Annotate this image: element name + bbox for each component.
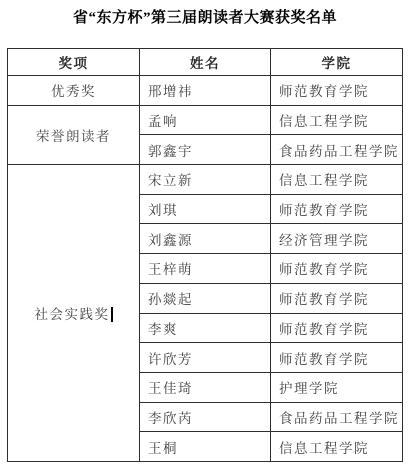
name-cell[interactable]: 邢增祎: [140, 76, 271, 106]
name-cell[interactable]: 刘琪: [140, 194, 271, 224]
award-cell-social-practice[interactable]: 社会实践奖: [8, 165, 140, 462]
award-cell-excellence[interactable]: 优秀奖: [8, 76, 140, 106]
col-header-award[interactable]: 奖项: [8, 49, 140, 76]
college-cell[interactable]: 师范教育学院: [271, 313, 403, 343]
award-label: 社会实践奖: [35, 307, 110, 322]
table-row: 优秀奖 邢增祎 师范教育学院: [8, 76, 403, 106]
college-cell[interactable]: 信息工程学院: [271, 165, 403, 195]
name-cell[interactable]: 王梓萌: [140, 254, 271, 284]
col-header-name[interactable]: 姓名: [140, 49, 271, 76]
name-cell[interactable]: 李爽: [140, 313, 271, 343]
awards-table: 奖项 姓名 学院 优秀奖 邢增祎 师范教育学院 荣誉朗读者 孟响 信息工程学院 …: [7, 48, 403, 462]
name-cell[interactable]: 宋立新: [140, 165, 271, 195]
name-cell[interactable]: 许欣芳: [140, 343, 271, 373]
name-cell[interactable]: 王佳琦: [140, 372, 271, 402]
name-cell[interactable]: 李欣芮: [140, 402, 271, 432]
name-cell[interactable]: 孙燚起: [140, 283, 271, 313]
college-cell[interactable]: 师范教育学院: [271, 254, 403, 284]
college-cell[interactable]: 信息工程学院: [271, 105, 403, 135]
college-cell[interactable]: 师范教育学院: [271, 76, 403, 106]
name-cell[interactable]: 王桐: [140, 432, 271, 462]
college-cell[interactable]: 经济管理学院: [271, 224, 403, 254]
header-row: 奖项 姓名 学院: [8, 49, 403, 76]
document-page: 省“东方杯”第三届朗读者大赛获奖名单 奖项 姓名 学院 优秀奖 邢增祎 师范教育…: [0, 0, 410, 468]
table-row: 社会实践奖 宋立新 信息工程学院: [8, 165, 403, 195]
college-cell[interactable]: 护理学院: [271, 372, 403, 402]
college-cell[interactable]: 信息工程学院: [271, 432, 403, 462]
col-header-college[interactable]: 学院: [271, 49, 403, 76]
college-cell[interactable]: 师范教育学院: [271, 194, 403, 224]
award-cell-honorary-reader[interactable]: 荣誉朗读者: [8, 105, 140, 164]
college-cell[interactable]: 师范教育学院: [271, 283, 403, 313]
college-cell[interactable]: 食品药品工程学院: [271, 135, 403, 165]
table-row: 荣誉朗读者 孟响 信息工程学院: [8, 105, 403, 135]
college-cell[interactable]: 食品药品工程学院: [271, 402, 403, 432]
name-cell[interactable]: 刘鑫源: [140, 224, 271, 254]
text-cursor: [111, 307, 113, 322]
document-title[interactable]: 省“东方杯”第三届朗读者大赛获奖名单: [0, 6, 410, 27]
name-cell[interactable]: 孟响: [140, 105, 271, 135]
name-cell[interactable]: 郭鑫宇: [140, 135, 271, 165]
college-cell[interactable]: 师范教育学院: [271, 343, 403, 373]
